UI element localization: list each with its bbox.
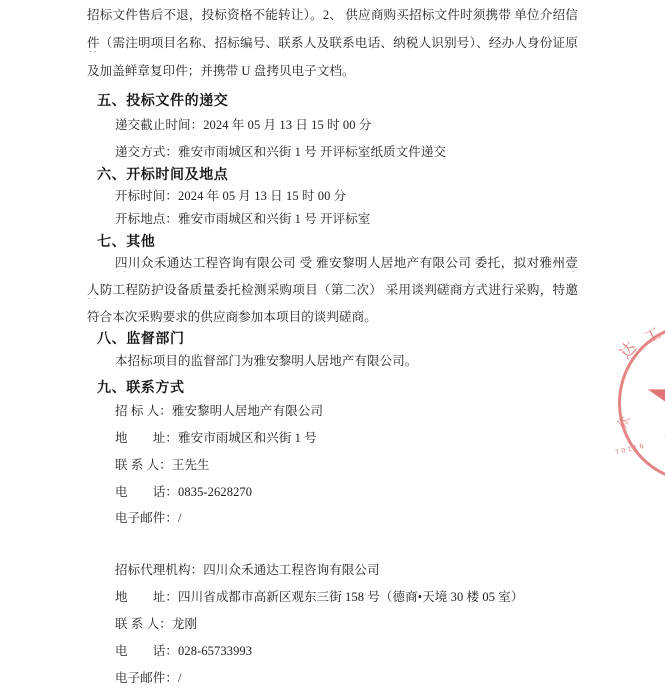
field-label: 递交截止时间： — [115, 118, 203, 132]
body-paragraph-line: 四川众禾通达工程咨询有限公司 受 雅安黎明人居地产有限公司 委托，拟对雅州壹号院 — [115, 256, 578, 272]
intro-paragraph-line: 及加盖鲜章复印件；并携带 U 盘拷贝电子文档。 — [87, 64, 355, 79]
contact-label: 地 址： — [115, 431, 178, 445]
contact-label: 电 话： — [115, 644, 178, 658]
contact-row-person: 联 系 人：王先生 — [115, 458, 210, 473]
field-label: 递交方式： — [115, 145, 178, 159]
intro-paragraph-line: 件（需注明项目名称、招标编号、联系人及联系电话、纳税人识别号）、经办人身份证原件 — [87, 36, 578, 52]
section-heading-6: 六、开标时间及地点 — [97, 164, 228, 184]
contact-label: 电子邮件： — [115, 511, 178, 525]
field-label: 开标地点： — [115, 212, 178, 226]
contact-value: 四川众禾通达工程咨询有限公司 — [203, 563, 379, 577]
contact-row-phone: 电 话：028-65733993 — [115, 644, 252, 659]
section-heading-8: 八、监督部门 — [97, 328, 185, 348]
contact-row-email: 电子邮件：/ — [115, 511, 182, 526]
section-heading-7: 七、其他 — [97, 231, 155, 251]
contact-row-email: 电子邮件：/ — [115, 671, 182, 686]
field-value: 雅安市雨城区和兴街 1 号 开评标室纸质文件递交 — [178, 145, 446, 159]
contact-value: 0835-2628270 — [178, 485, 252, 499]
field-label: 开标时间： — [115, 189, 178, 203]
field-value: 雅安市雨城区和兴街 1 号 开评标室 — [178, 212, 370, 226]
contact-label: 联 系 人： — [115, 458, 172, 472]
contact-value: 028-65733993 — [178, 644, 252, 658]
contact-label: 电子邮件： — [115, 671, 178, 685]
section-heading-9: 九、联系方式 — [97, 377, 185, 397]
tender-document-page: 招标文件售后不退，投标资格不能转让）。2、 供应商购买招标文件时须携带 单位介绍… — [0, 0, 665, 700]
contact-value: 雅安市雨城区和兴街 1 号 — [178, 431, 317, 445]
contact-value: / — [178, 511, 182, 525]
field-line: 递交方式：雅安市雨城区和兴街 1 号 开评标室纸质文件递交 — [115, 145, 446, 160]
contact-row-address: 地 址：四川省成都市高新区观东三街 158 号（德商•天境 30 楼 05 室） — [115, 590, 524, 605]
section-heading-5: 五、投标文件的递交 — [97, 90, 228, 110]
contact-label: 招标代理机构： — [115, 563, 203, 577]
seal-arc-character: 众 — [616, 415, 632, 431]
body-paragraph-line: 本招标项目的监督部门为雅安黎明人居地产有限公司。 — [115, 354, 417, 369]
field-line: 递交截止时间：2024 年 05 月 13 日 15 时 00 分 — [115, 118, 371, 133]
body-paragraph-line: 符合本次采购要求的供应商参加本项目的谈判磋商。 — [87, 310, 377, 325]
contact-label: 电 话： — [115, 485, 178, 499]
contact-row-address: 地 址：雅安市雨城区和兴街 1 号 — [115, 431, 317, 446]
contact-value: 四川省成都市高新区观东三街 158 号（德商•天境 30 楼 05 室） — [178, 590, 523, 604]
intro-paragraph-line: 招标文件售后不退，投标资格不能转让）。2、 供应商购买招标文件时须携带 单位介绍… — [87, 8, 578, 24]
contact-row-tenderer: 招 标 人：雅安黎明人居地产有限公司 — [115, 404, 323, 419]
contact-row-agency: 招标代理机构：四川众禾通达工程咨询有限公司 — [115, 563, 380, 578]
contact-label: 招 标 人： — [115, 404, 172, 418]
field-value: 2024 年 05 月 13 日 15 时 00 分 — [178, 189, 346, 203]
contact-value: / — [178, 671, 182, 685]
contact-row-person: 联 系 人：龙刚 — [115, 617, 197, 632]
contact-label: 地 址： — [115, 590, 178, 604]
contact-label: 联 系 人： — [115, 617, 172, 631]
contact-row-phone: 电 话：0835-2628270 — [115, 485, 252, 500]
field-value: 2024 年 05 月 13 日 15 时 00 分 — [203, 118, 371, 132]
contact-value: 王先生 — [172, 458, 210, 472]
body-paragraph-line: 人防工程防护设备质量委托检测采购项目（第二次） 采用谈判磋商方式进行采购，特邀请 — [87, 283, 578, 299]
contact-value: 雅安黎明人居地产有限公司 — [172, 404, 323, 418]
field-line: 开标地点：雅安市雨城区和兴街 1 号 开评标室 — [115, 212, 370, 227]
field-line: 开标时间：2024 年 05 月 13 日 15 时 00 分 — [115, 189, 346, 204]
contact-value: 龙刚 — [172, 617, 197, 631]
